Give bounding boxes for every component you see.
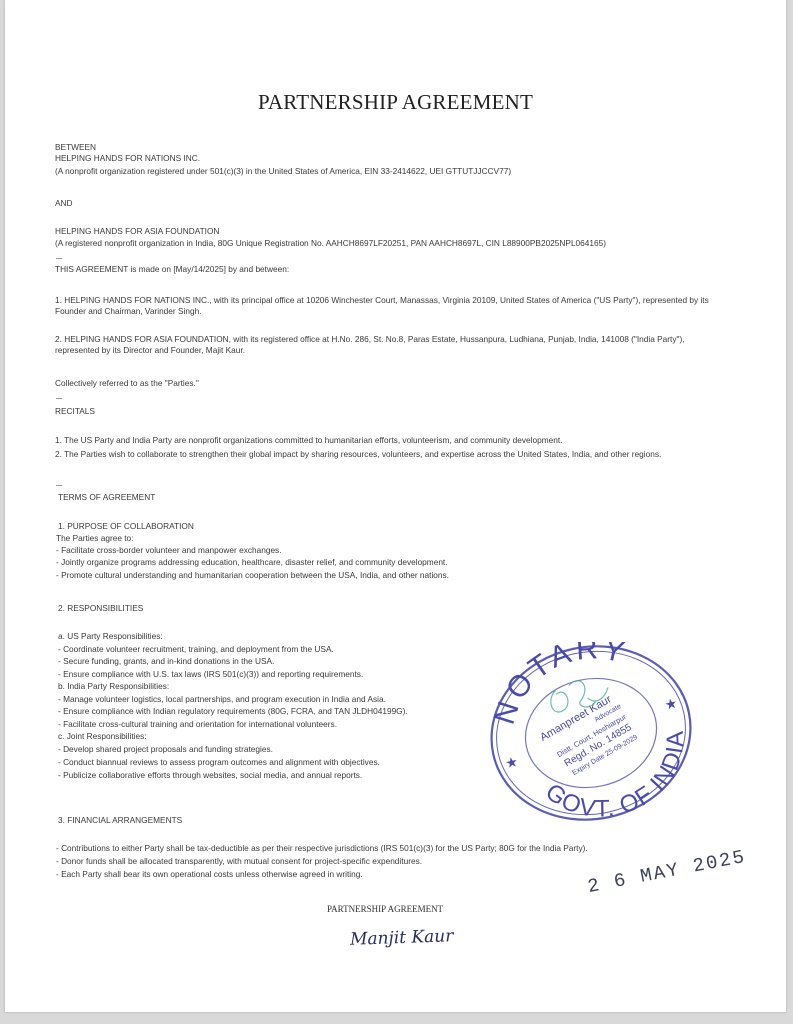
date-stamp: 2 6 MAY 2025 [586,846,748,898]
section2-heading: 2. RESPONSIBILITIES [58,603,143,614]
party2-name: HELPING HANDS FOR ASIA FOUNDATION [55,226,219,237]
terms-heading: TERMS OF AGREEMENT [58,492,155,503]
star-icon: ★ [663,696,679,714]
party2-description: (A registered nonprofit organization in … [55,238,606,249]
section1-heading: 1. PURPOSE OF COLLABORATION [58,521,194,532]
india-responsibility-item: - Facilitate cross-cultural training and… [58,719,337,730]
section1-intro: The Parties agree to: [56,533,133,544]
party1-clause: 1. HELPING HANDS FOR NATIONS INC., with … [55,295,710,317]
footer-title: PARTNERSHIP AGREEMENT [327,904,443,914]
us-responsibility-item: - Secure funding, grants, and in-kind do… [58,656,274,667]
star-icon: ★ [504,754,520,772]
separator [56,258,62,259]
india-responsibility-item: - Ensure compliance with Indian regulato… [58,706,408,717]
and-label: AND [55,198,73,209]
joint-responsibility-item: - Develop shared project proposals and f… [58,744,273,755]
financial-item: - Donor funds shall be allocated transpa… [56,856,422,867]
party1-description: (A nonprofit organization registered und… [55,166,511,177]
recital-2: 2. The Parties wish to collaborate to st… [55,449,710,460]
collectively-line: Collectively referred to as the "Parties… [55,378,199,389]
us-responsibility-item: - Ensure compliance with U.S. tax laws (… [58,669,363,680]
agreement-date-line: THIS AGREEMENT is made on [May/14/2025] … [55,264,289,275]
notary-stamp: NOTARY GOVT. OF INDIA ★ ★ Amanpreet Kaur… [483,642,699,824]
section1-item: - Jointly organize programs addressing e… [56,557,448,568]
separator [56,485,62,486]
section1-item: - Promote cultural understanding and hum… [56,570,449,581]
india-responsibility-item: - Manage volunteer logistics, local part… [58,694,386,705]
joint-responsibilities-heading: c. Joint Responsibilities: [58,731,147,742]
party2-clause: 2. HELPING HANDS FOR ASIA FOUNDATION, wi… [55,334,710,356]
separator [56,398,62,399]
section3-heading: 3. FINANCIAL ARRANGEMENTS [58,815,182,826]
india-responsibilities-heading: b. India Party Responsibilities: [58,681,169,692]
recitals-heading: RECITALS [55,406,95,417]
recital-1: 1. The US Party and India Party are nonp… [55,435,562,446]
signature: Manjit Kaur [350,926,454,950]
us-responsibility-item: - Coordinate volunteer recruitment, trai… [58,644,334,655]
document-page: PARTNERSHIP AGREEMENT BETWEEN HELPING HA… [5,0,786,1012]
joint-responsibility-item: - Conduct biannual reviews to assess pro… [58,757,380,768]
between-label: BETWEEN [55,142,96,153]
financial-item: - Contributions to either Party shall be… [56,843,588,854]
joint-responsibility-item: - Publicize collaborative efforts throug… [58,770,362,781]
us-responsibilities-heading: a. US Party Responsibilities: [58,631,163,642]
document-title: PARTNERSHIP AGREEMENT [5,90,786,115]
section1-item: - Facilitate cross-border volunteer and … [56,545,282,556]
party1-name: HELPING HANDS FOR NATIONS INC. [55,153,200,164]
financial-item: - Each Party shall bear its own operatio… [56,869,363,880]
